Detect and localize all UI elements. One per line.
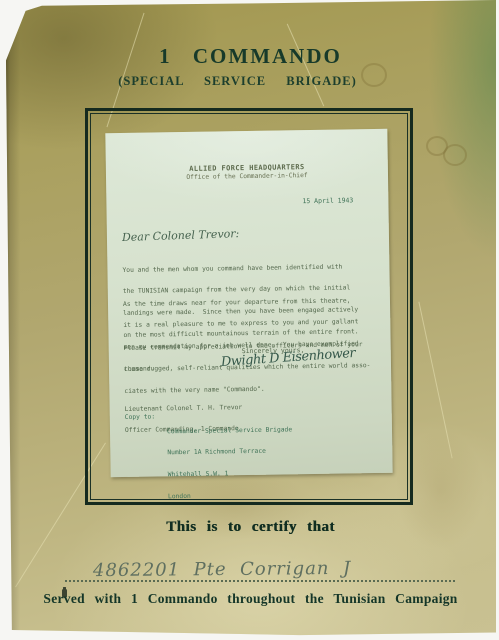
commendation-letter: ALLIED FORCE HEADQUARTERS Office of the … [105,129,392,477]
copy-to-line: Whitehall S.W. 1 [168,470,293,479]
ring-stain [443,144,467,166]
ring-stain [426,136,448,156]
page-title: 1 COMMANDO [5,44,496,69]
page-subtitle: (SPECIAL SERVICE BRIGADE) [0,74,483,89]
handwritten-soldier-entry: 4862201 Pte Corrigan J [93,558,351,581]
letter-date: 15 April 1943 [302,196,353,205]
certify-footer: Served with 1 Commando throughout the Tu… [5,591,496,607]
copy-to-line: London [168,492,293,501]
copy-to-line: Number 1A Richmond Terrace [167,448,292,457]
copy-to-label: Copy to: [125,413,155,420]
letter-salutation: Dear Colonel Trevor: [122,227,240,244]
letterhead: ALLIED FORCE HEADQUARTERS Office of the … [106,162,388,182]
copy-to-block: Commander Special Service Brigade Number… [167,411,294,515]
copy-to-line: Commander Special Service Brigade [167,426,292,435]
certify-entry-line: 4862201 Pte Corrigan J [65,550,455,582]
certify-heading: This is to certify that [5,519,496,536]
letter-line: You and the men whom you command have be… [122,263,357,274]
letter-line: As the time draws near for your departur… [123,297,370,308]
scanned-certificate-page: 1 COMMANDO (SPECIAL SERVICE BRIGADE) ALL… [5,0,496,637]
paper-crease [418,302,452,459]
